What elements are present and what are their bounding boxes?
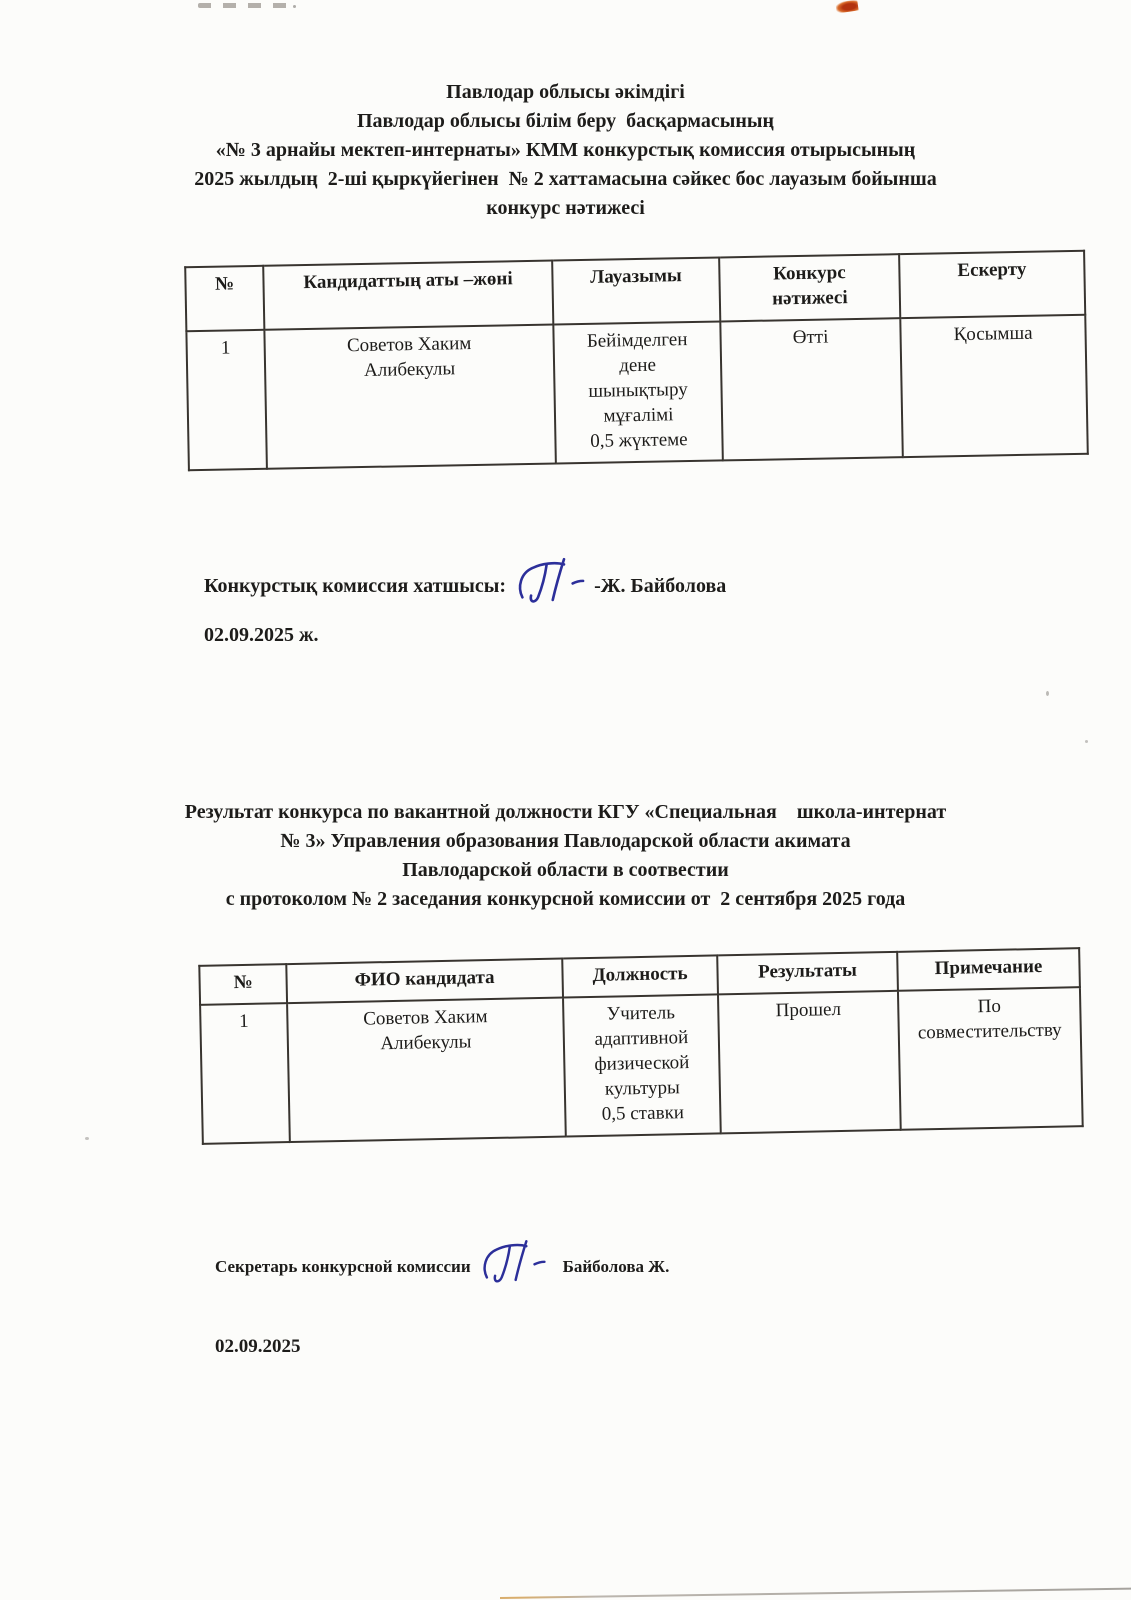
header-cell-note: Примечание <box>897 948 1080 991</box>
table-row: 1 Советов Хаким Алибекулы Бейімделген де… <box>186 315 1087 470</box>
header-cell-note: Ескерту <box>899 251 1085 318</box>
russian-signature-row: Секретарь конкурсной комиссии Байболова … <box>215 1248 669 1286</box>
kazakh-signature-row: Конкурстық комиссия хатшысы: -Ж. Байболо… <box>204 566 726 606</box>
cell-candidate: Советов Хаким Алибекулы <box>264 325 555 469</box>
signature-name: Байболова Ж. <box>563 1257 670 1277</box>
scan-ink-blot <box>835 0 858 13</box>
russian-document-title: Результат конкурса по вакантной должност… <box>0 798 1131 914</box>
signature-label: Секретарь конкурсной комиссии <box>215 1257 471 1277</box>
signature-ink <box>512 554 590 606</box>
signature-label: Конкурстық комиссия хатшысы: <box>204 575 506 598</box>
scan-speck <box>1085 740 1088 743</box>
kazakh-results-table: № Кандидаттың аты –жөні Лауазымы Конкурс… <box>184 250 1089 471</box>
scan-speck <box>293 5 296 8</box>
signature-name: -Ж. Байболова <box>594 575 726 598</box>
title-line: № 3» Управления образования Павлодарской… <box>0 827 1131 856</box>
header-cell-result: Конкурс нәтижесі <box>719 254 900 321</box>
cell-note: Қосымша <box>900 315 1088 457</box>
table-row: 1 Советов Хаким Алибекулы Учитель адапти… <box>200 987 1083 1144</box>
cell-result: Өтті <box>720 318 903 460</box>
header-cell-number: № <box>199 964 287 1005</box>
cell-position: Учитель адаптивной физической культуры 0… <box>563 994 721 1136</box>
russian-date: 02.09.2025 <box>215 1336 301 1358</box>
title-line: Павлодар облысы әкімдігі <box>0 78 1131 107</box>
header-cell-position: Лауазымы <box>552 257 720 324</box>
header-cell-result: Результаты <box>717 952 898 995</box>
title-line: Павлодарской области в соотвестии <box>0 856 1131 885</box>
title-line: с протоколом № 2 заседания конкурсной ко… <box>0 885 1131 914</box>
title-line: Результат конкурса по вакантной должност… <box>0 798 1131 827</box>
title-line: 2025 жылдың 2-ші қыркүйегінен № 2 хаттам… <box>0 165 1131 194</box>
scan-smudge <box>198 3 290 8</box>
title-line: Павлодар облысы білім беру басқармасының <box>0 107 1131 136</box>
scan-paper-edge-line <box>500 1588 1131 1599</box>
cell-candidate: Советов Хаким Алибекулы <box>287 998 566 1143</box>
cell-position: Бейімделген дене шынықтыру мұғалімі 0,5 … <box>553 321 723 463</box>
signature-ink <box>477 1236 551 1286</box>
header-cell-number: № <box>185 266 264 331</box>
header-cell-position: Должность <box>562 955 718 997</box>
cell-result: Прошел <box>718 991 901 1134</box>
russian-results-table: № ФИО кандидата Должность Результаты При… <box>198 947 1083 1145</box>
title-line: «№ 3 арнайы мектеп-интернаты» КММ конкур… <box>0 136 1131 165</box>
cell-note: По совместительству <box>898 987 1083 1130</box>
scan-speck <box>1046 691 1049 696</box>
scanned-document-page: Павлодар облысы әкімдігі Павлодар облысы… <box>0 0 1131 1600</box>
header-cell-candidate: ФИО кандидата <box>286 959 563 1004</box>
scan-speck <box>85 1137 89 1140</box>
header-cell-candidate: Кандидаттың аты –жөні <box>263 261 553 330</box>
kazakh-date: 02.09.2025 ж. <box>204 624 319 647</box>
cell-number: 1 <box>200 1003 290 1144</box>
cell-number: 1 <box>186 330 267 470</box>
title-line: конкурс нәтижесі <box>0 194 1131 223</box>
kazakh-document-title: Павлодар облысы әкімдігі Павлодар облысы… <box>0 78 1131 223</box>
